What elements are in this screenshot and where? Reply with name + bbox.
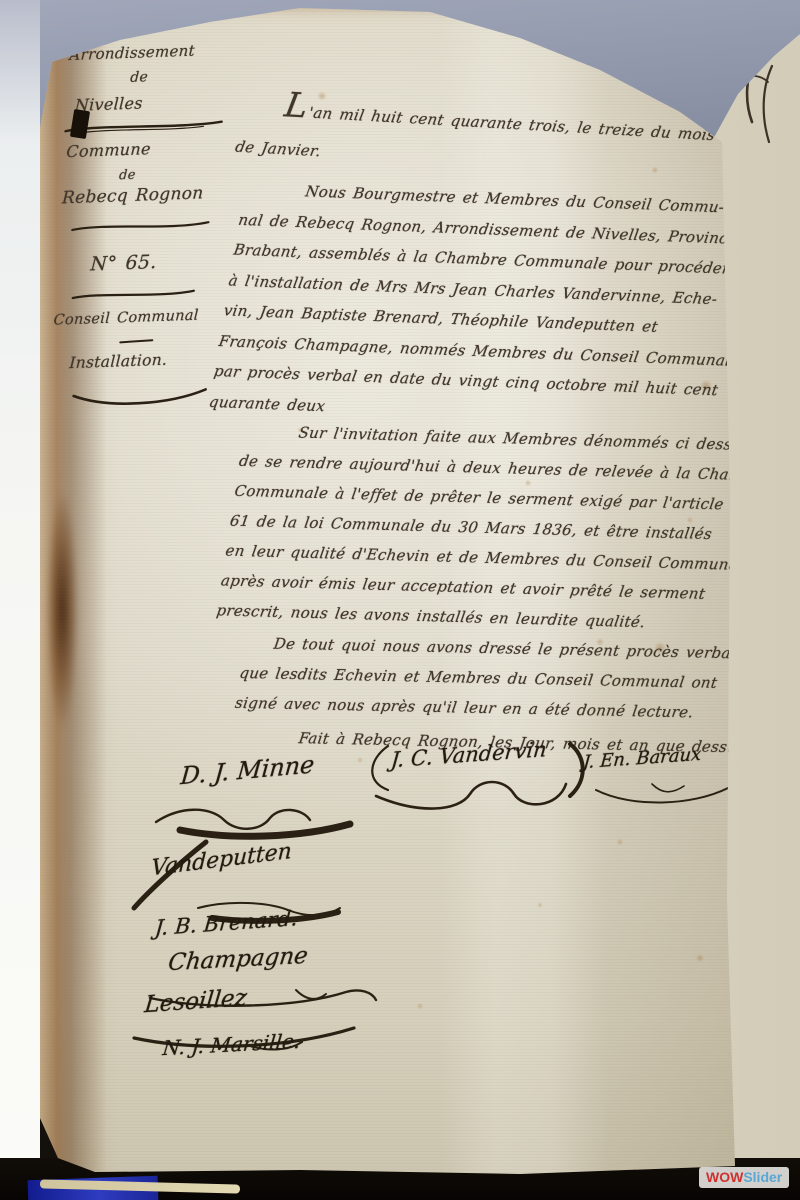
margin-commune: Commune [66,139,151,161]
paragraph-cloture: De tout quoi nous avons dressé le présen… [233,628,751,728]
margin-de-2: de [119,168,136,184]
paragraph-installation: Nous Bourgmestre et Membres du Conseil C… [207,174,751,436]
signature-baraux-flourish [592,780,732,810]
margin-underline-flourish [70,286,196,304]
margin-underline-flourish [70,217,211,236]
photo-frame: Arrondissement de Nivelles Commune de Re… [0,0,800,1200]
paragraph-serment: Sur l'invitation faite aux Membres dénom… [214,416,750,639]
photo-left-edge [0,0,40,1200]
margin-dash [118,337,154,346]
margin-de-1: de [130,69,149,86]
wowslider-watermark[interactable]: WOWSlider [699,1167,789,1188]
margin-rebecq-rognon: Rebecq Rognon [61,183,204,208]
margin-conseil-communal: Conseil Communal [53,308,199,329]
margin-installation: Installation. [69,351,168,372]
signature-champagne: Champagne [167,943,310,977]
manuscript-page: Arrondissement de Nivelles Commune de Re… [0,0,800,1200]
watermark-slider: Slider [743,1169,782,1185]
watermark-wow: WOW [706,1169,743,1185]
book-gutter-stain [38,0,124,1200]
signature-minne: D. J. Minne [180,750,316,790]
gutter-dark-blotch [46,470,82,750]
margin-number: N° 65. [90,251,157,275]
margin-curve-flourish [69,385,210,410]
signature-vandervin-flourish [358,738,593,816]
